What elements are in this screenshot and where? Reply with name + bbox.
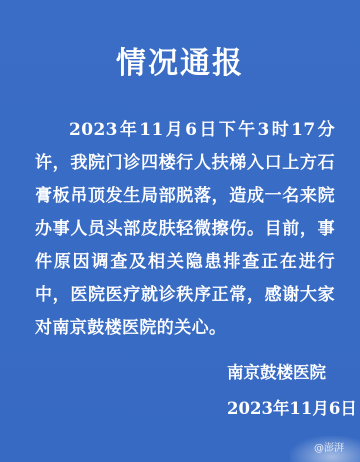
watermark: @澎湃 xyxy=(290,436,360,462)
signature-organization: 南京鼓楼医院 xyxy=(227,355,357,391)
notice-title: 情况通报 xyxy=(0,44,360,84)
notice-body: 2023年11月6日下午3时17分许，我院门诊四楼行人扶梯入口上方石膏板吊顶发生… xyxy=(35,114,335,345)
signature-date: 2023年11月6日 xyxy=(227,391,357,427)
notice-page: 情况通报 2023年11月6日下午3时17分许，我院门诊四楼行人扶梯入口上方石膏… xyxy=(0,0,360,462)
signature-block: 南京鼓楼医院 2023年11月6日 xyxy=(227,355,357,427)
